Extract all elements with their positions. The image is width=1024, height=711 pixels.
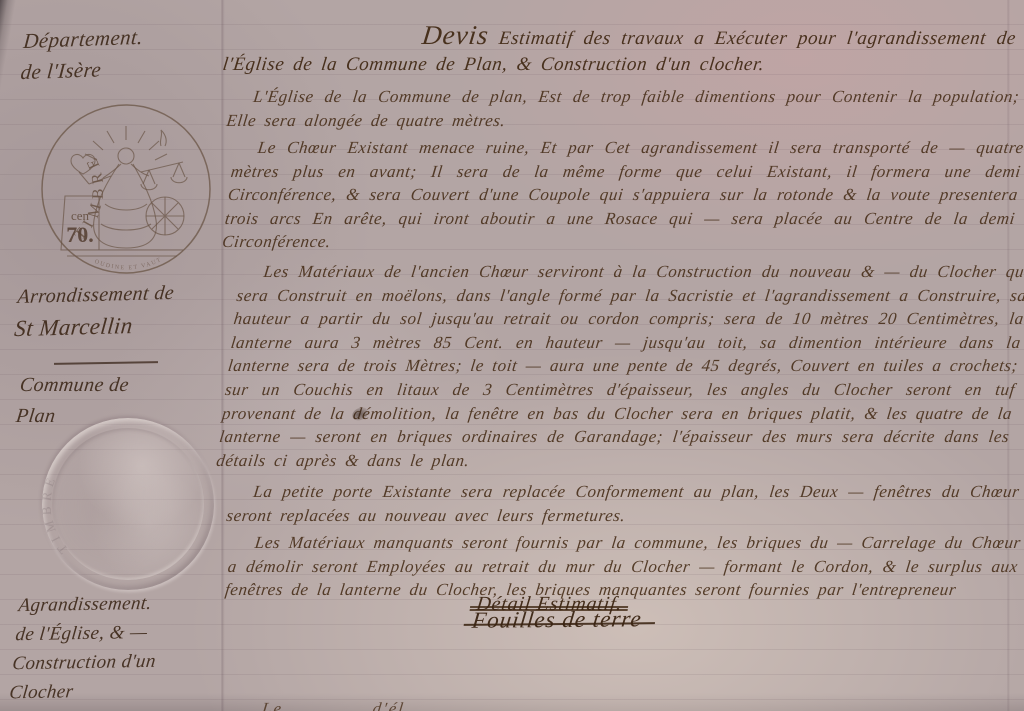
commune-line1: Commune de xyxy=(18,370,131,401)
project-title-label: Agrandissement. de l'Église, & — Constru… xyxy=(8,589,164,708)
department-label: Département. de l'Isère xyxy=(19,22,144,88)
department-line1: Département. xyxy=(22,22,144,57)
project-line4: Clocher xyxy=(8,676,154,708)
margin-column: Département. de l'Isère TIMBRE xyxy=(0,0,222,711)
title-rest: Estimatif des travaux a Exécuter pour l'… xyxy=(221,28,1017,75)
tax-stamp: TIMBRE xyxy=(37,100,215,278)
margin-divider-rule xyxy=(54,361,158,365)
manuscript-page: Département. de l'Isère TIMBRE xyxy=(0,0,1024,711)
arrondissement-line1: Arrondissement de xyxy=(16,278,176,313)
paragraph-materials-dimensions: Les Matériaux de l'ancien Chœur serviron… xyxy=(215,260,1024,472)
arrondissement-label: Arrondissement de St Marcellin xyxy=(13,278,176,344)
fouilles-de-terre-heading: Fouilles de terre xyxy=(464,620,656,627)
main-text-column: Devis Estimatif des travaux a Exécuter p… xyxy=(228,22,1018,625)
paragraph-choir-ruin: Le Chœur Existant menace ruine, Et par C… xyxy=(221,136,1024,254)
headings-block: Détail Estimatif. Fouilles de terre xyxy=(228,601,1018,625)
cutoff-bottom-line: Le … d'él… xyxy=(261,699,424,711)
project-line1: Agrandissement. xyxy=(17,589,163,621)
project-line3: Construction d'un xyxy=(11,647,157,679)
department-line2: de l'Isère xyxy=(19,53,141,88)
embossed-seal: TIMBRE xyxy=(42,418,214,590)
seal-label-text: TIMBRE xyxy=(42,471,71,557)
paragraph-missing-materials: Les Matériaux manquants seront fournis p… xyxy=(224,531,1023,602)
stamp-denomination-value: 70. xyxy=(66,222,94,247)
paragraph-door-windows: La petite porte Existante sera replacée … xyxy=(225,480,1021,527)
paragraph-church-too-small: L'Église de la Commune de plan, Est de t… xyxy=(225,85,1021,132)
title-lead-word: Devis xyxy=(421,20,491,50)
document-title: Devis Estimatif des travaux a Exécuter p… xyxy=(221,22,1018,78)
project-line2: de l'Église, & — xyxy=(14,618,160,650)
arrondissement-line2: St Marcellin xyxy=(13,309,173,344)
stamp-denomination-unit: cen xyxy=(71,208,90,223)
